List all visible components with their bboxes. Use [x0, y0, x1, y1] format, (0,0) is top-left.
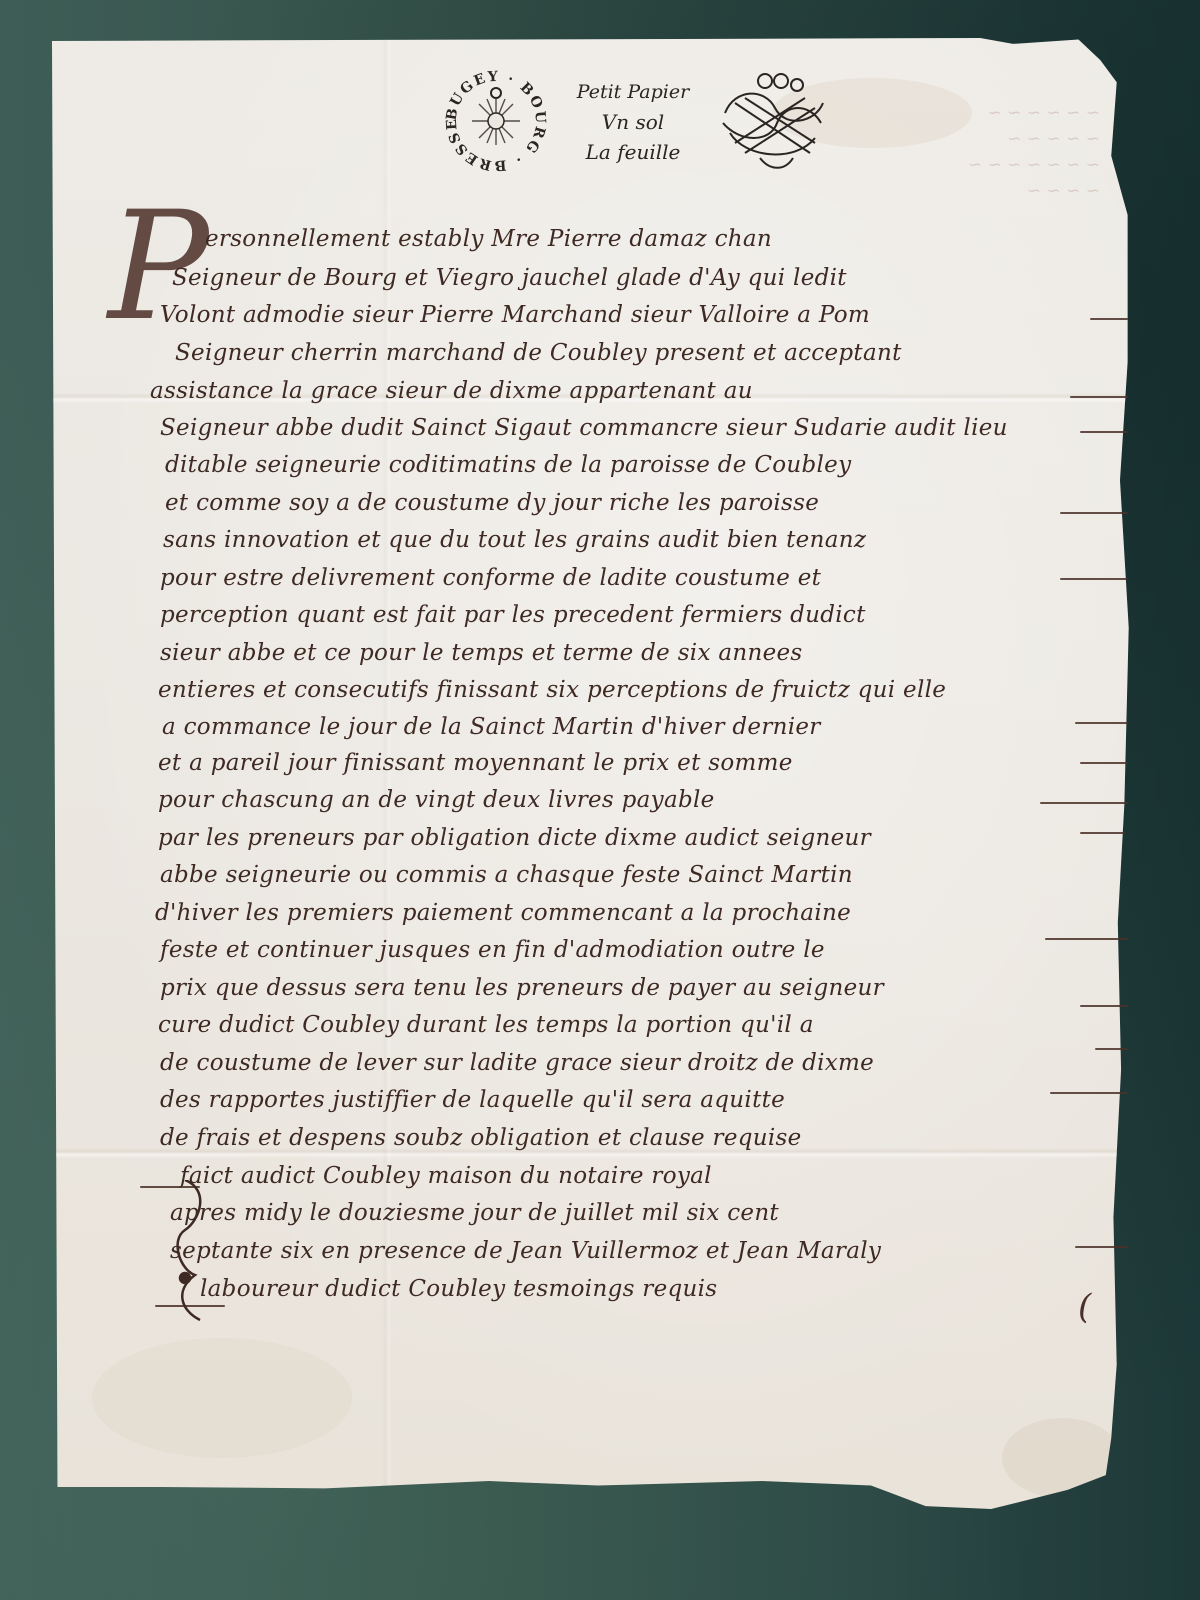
line-end-rule [1075, 1246, 1128, 1248]
manuscript-line: abbe seigneurie ou commis a chasque fest… [160, 862, 853, 888]
line-end-rule [1080, 762, 1128, 764]
line-end-rule [1090, 318, 1128, 320]
manuscript-line: Seigneur cherrin marchand de Coubley pre… [175, 340, 902, 366]
manuscript-line: a commance le jour de la Sainct Martin d… [162, 714, 821, 740]
line-end-rule [1050, 1092, 1128, 1094]
manuscript-body: P ersonnellement estably Mre Pierre dama… [0, 0, 1200, 1600]
line-end-rule [1080, 431, 1128, 433]
manuscript-line: des rapportes justiffier de laquelle qu'… [160, 1087, 785, 1113]
manuscript-line: apres midy le douziesme jour de juillet … [170, 1200, 779, 1226]
manuscript-line: feste et continuer jusques en fin d'admo… [160, 937, 825, 963]
line-end-rule [1070, 396, 1128, 398]
manuscript-line: pour estre delivrement conforme de ladit… [160, 565, 821, 591]
manuscript-line: Volont admodie sieur Pierre Marchand sie… [160, 302, 870, 328]
manuscript-line: pour chascung an de vingt deux livres pa… [158, 787, 715, 813]
manuscript-line: entieres et consecutifs finissant six pe… [158, 677, 946, 703]
manuscript-line: sans innovation et que du tout les grain… [163, 527, 866, 553]
manuscript-line: faict audict Coubley maison du notaire r… [180, 1163, 712, 1189]
manuscript-line: et a pareil jour finissant moyennant le … [158, 750, 793, 776]
line-end-rule [1060, 578, 1128, 580]
manuscript-line: septante six en presence de Jean Vuiller… [170, 1238, 881, 1264]
closing-mark: ( [1078, 1287, 1091, 1327]
manuscript-line: de frais et despens soubz obligation et … [160, 1125, 802, 1151]
manuscript-line: perception quant est fait par les preced… [160, 602, 866, 628]
margin-flourish-icon [140, 1180, 230, 1340]
manuscript-line: ersonnellement estably Mre Pierre damaz … [205, 226, 772, 252]
line-end-rule [1080, 1005, 1128, 1007]
manuscript-line: d'hiver les premiers paiement commencant… [155, 900, 851, 926]
line-end-rule [1045, 938, 1128, 940]
manuscript-line: prix que dessus sera tenu les preneurs d… [160, 975, 884, 1001]
manuscript-line: Seigneur abbe dudit Sainct Sigaut comman… [160, 415, 1008, 441]
manuscript-line: sieur abbe et ce pour le temps et terme … [160, 640, 803, 666]
line-end-rule [1060, 512, 1128, 514]
manuscript-line: ditable seigneurie coditimatins de la pa… [165, 452, 851, 478]
manuscript-line: et comme soy a de coustume dy jour riche… [165, 490, 819, 516]
manuscript-line: par les preneurs par obligation dicte di… [158, 825, 871, 851]
manuscript-line: laboureur dudict Coubley tesmoings requi… [200, 1276, 717, 1302]
manuscript-line: de coustume de lever sur ladite grace si… [160, 1050, 874, 1076]
line-end-rule [1080, 832, 1125, 834]
line-end-rule [1075, 722, 1128, 724]
manuscript-line: assistance la grace sieur de dixme appar… [150, 378, 753, 404]
line-end-rule [1095, 1048, 1128, 1050]
manuscript-line: cure dudict Coubley durant les temps la … [158, 1012, 814, 1038]
manuscript-line: Seigneur de Bourg et Viegro jauchel glad… [172, 265, 847, 291]
line-end-rule [1040, 802, 1128, 804]
